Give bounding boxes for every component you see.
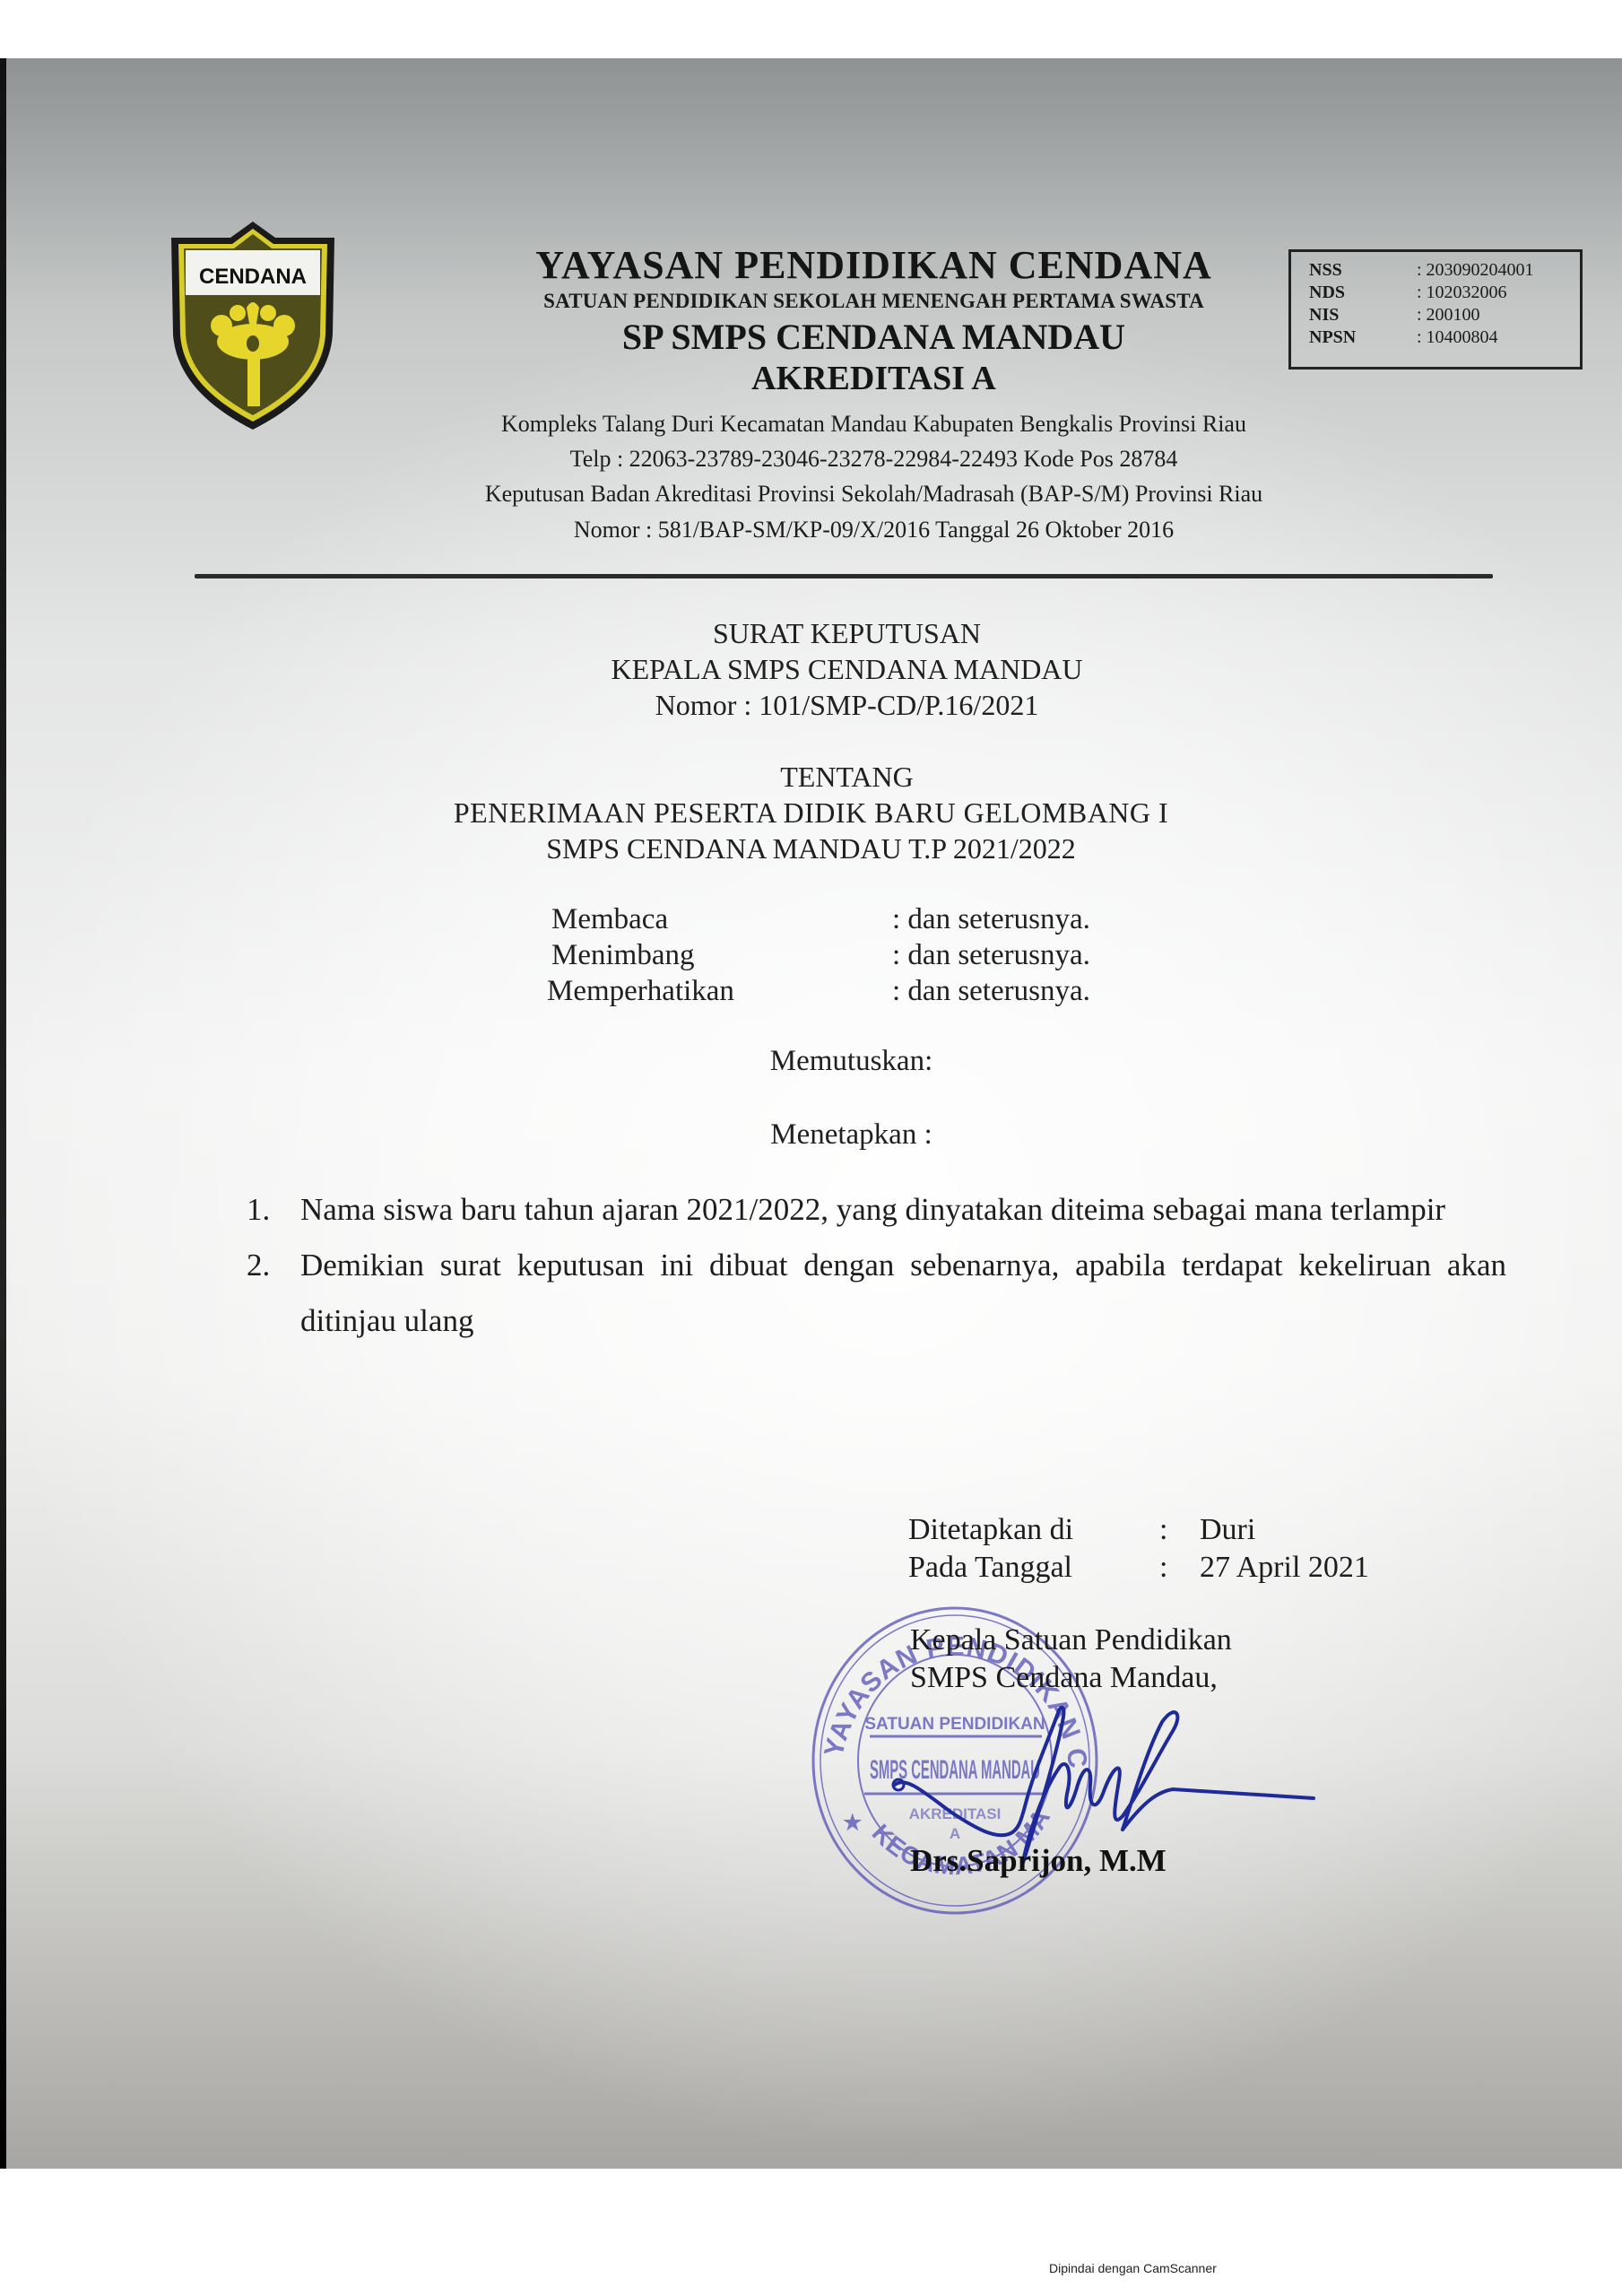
address: Kompleks Talang Duri Kecamatan Mandau Ka… bbox=[63, 411, 1622, 438]
enactment-block: Ditetapkan di : Duri Pada Tanggal : 27 A… bbox=[908, 1511, 1369, 1587]
id-row-nis: NIS: 200100 bbox=[1309, 304, 1580, 326]
accreditation-decree: Keputusan Badan Akreditasi Provinsi Seko… bbox=[63, 481, 1622, 508]
accreditation-decree-number: Nomor : 581/BAP-SM/KP-09/X/2016 Tanggal … bbox=[63, 517, 1622, 544]
id-row-nss: NSS: 203090204001 bbox=[1309, 259, 1580, 282]
school-id-box: NSS: 203090204001 NDS: 102032006 NIS: 20… bbox=[1288, 249, 1583, 370]
consideration-row: Memperhatikan: dan seterusnya. bbox=[551, 973, 1090, 1009]
decides-heading: Memutuskan: bbox=[40, 1045, 1622, 1078]
stipulates-heading: Menetapkan : bbox=[40, 1118, 1622, 1152]
signatory-title-line-1: Kepala Satuan Pendidikan bbox=[910, 1622, 1232, 1659]
subject-line-1: PENERIMAAN PESERTA DIDIK BARU GELOMBANG … bbox=[0, 796, 1622, 830]
letterhead-divider bbox=[195, 574, 1493, 578]
scanner-watermark: Dipindai dengan CamScanner bbox=[1049, 2261, 1217, 2275]
paper-shadow-edge bbox=[0, 58, 6, 2169]
consideration-row: Membaca: dan seterusnya. bbox=[551, 901, 1090, 937]
id-row-nds: NDS: 102032006 bbox=[1309, 282, 1580, 304]
document-type: SURAT KEPUTUSAN bbox=[36, 617, 1622, 650]
document-number: Nomor : 101/SMP-CD/P.16/2021 bbox=[36, 689, 1622, 722]
decision-item: 1. Nama siswa baru tahun ajaran 2021/202… bbox=[247, 1182, 1506, 1238]
subject-line-2: SMPS CENDANA MANDAU T.P 2021/2022 bbox=[0, 832, 1622, 865]
signatory-title-line-2: SMPS Cendana Mandau, bbox=[910, 1659, 1232, 1697]
considerations: Membaca: dan seterusnya. Menimbang: dan … bbox=[551, 901, 1090, 1009]
decision-list: 1. Nama siswa baru tahun ajaran 2021/202… bbox=[247, 1182, 1506, 1349]
about-heading: TENTANG bbox=[36, 761, 1622, 794]
decision-item: 2. Demikian surat keputusan ini dibuat d… bbox=[247, 1238, 1506, 1349]
id-row-npsn: NPSN: 10400804 bbox=[1309, 326, 1580, 349]
phone-line: Telp : 22063-23789-23046-23278-22984-224… bbox=[63, 446, 1622, 473]
signatory-name: Drs.Saprijon, M.M bbox=[910, 1843, 1167, 1879]
enactment-place: Ditetapkan di : Duri bbox=[908, 1511, 1369, 1549]
enactment-date: Pada Tanggal : 27 April 2021 bbox=[908, 1549, 1369, 1587]
svg-text:★: ★ bbox=[843, 1811, 863, 1835]
document-issuer: KEPALA SMPS CENDANA MANDAU bbox=[36, 653, 1622, 686]
signatory-title: Kepala Satuan Pendidikan SMPS Cendana Ma… bbox=[910, 1622, 1232, 1697]
consideration-row: Menimbang: dan seterusnya. bbox=[551, 937, 1090, 973]
